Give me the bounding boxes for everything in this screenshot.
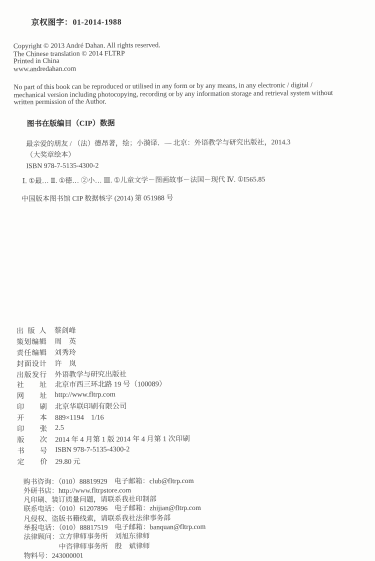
info-value: 周 英	[54, 337, 76, 347]
rights-notice-line: written permission of the Author.	[14, 97, 364, 107]
info-label: 印张	[17, 424, 47, 434]
info-value: ISBN 978-7-5135-4300-2	[55, 445, 130, 454]
info-value: 2.5	[55, 424, 64, 432]
info-label: 定价	[17, 457, 47, 467]
info-value: 刘秀玲	[54, 348, 76, 358]
cip-heading: 图书在版编目（CIP）数据	[27, 115, 364, 128]
info-value: 889×1194 1/16	[55, 413, 104, 423]
info-label: 策划编辑	[16, 337, 46, 347]
info-label: 社址	[17, 380, 47, 390]
info-label: 开本	[17, 413, 47, 423]
info-value publisher-url: http://www.fltrp.com	[55, 391, 116, 399]
info-label: 出版发行	[17, 370, 47, 380]
contact-info-block: 购书咨询：（010）88819929 电子邮箱：club@fltrp.com 外…	[23, 475, 367, 561]
info-value: 2014 年 4 月第 1 版 2014 年 4 月第 1 次印刷	[55, 434, 190, 445]
info-value: 北京市西三环北路 19 号（100089）	[55, 380, 166, 391]
info-value: 蔡剑峰	[54, 326, 76, 336]
info-value: 北京华联印刷有限公司	[55, 402, 127, 413]
publisher-website: www.andredahan.com	[13, 63, 363, 73]
info-label: 封面设计	[17, 359, 47, 369]
info-value: 许 岚	[55, 358, 77, 368]
cip-registry-line: 中国版本图书馆 CIP 数据核字 (2014) 第 051988 号	[21, 193, 364, 203]
info-label: 责任编辑	[16, 348, 46, 358]
cip-data-block: 最亲爱的朋友 / （法）德昂著，绘；小漪译．— 北京：外语教学与研究出版社，20…	[26, 136, 364, 171]
info-label: 版次	[17, 435, 47, 445]
cip-isbn-line: ISBN 978-7-5135-4300-2	[26, 158, 364, 171]
info-label: 书号	[17, 446, 47, 456]
table-row: 定价29.80 元	[17, 454, 366, 467]
cip-classification-line: Ⅰ. ①最… Ⅱ. ①德… ②小… Ⅲ. ①儿童文学－图画故事－法国－现代 Ⅳ.…	[22, 175, 364, 185]
info-label: 出版人	[16, 326, 46, 336]
info-value: 29.80 元	[55, 456, 80, 466]
colophon-page: 京权图字：01-2014-1988 Copyright © 2013 André…	[0, 0, 375, 561]
info-value: 外语教学与研究出版社	[55, 369, 127, 380]
license-registration-line: 京权图字：01-2014-1988	[31, 15, 363, 28]
material-number-line: 物料号：243000001	[24, 550, 367, 561]
rights-notice: No part of this book can be reproduced o…	[14, 82, 364, 107]
info-label: 印刷	[17, 402, 47, 412]
copyright-block: Copyright © 2013 André Dahan. All rights…	[13, 41, 363, 73]
publication-info-table: 出版人蔡剑峰 策划编辑周 英 责任编辑刘秀玲 封面设计许 岚 出版发行外语教学与…	[16, 324, 366, 468]
info-label: 网址	[17, 391, 47, 401]
